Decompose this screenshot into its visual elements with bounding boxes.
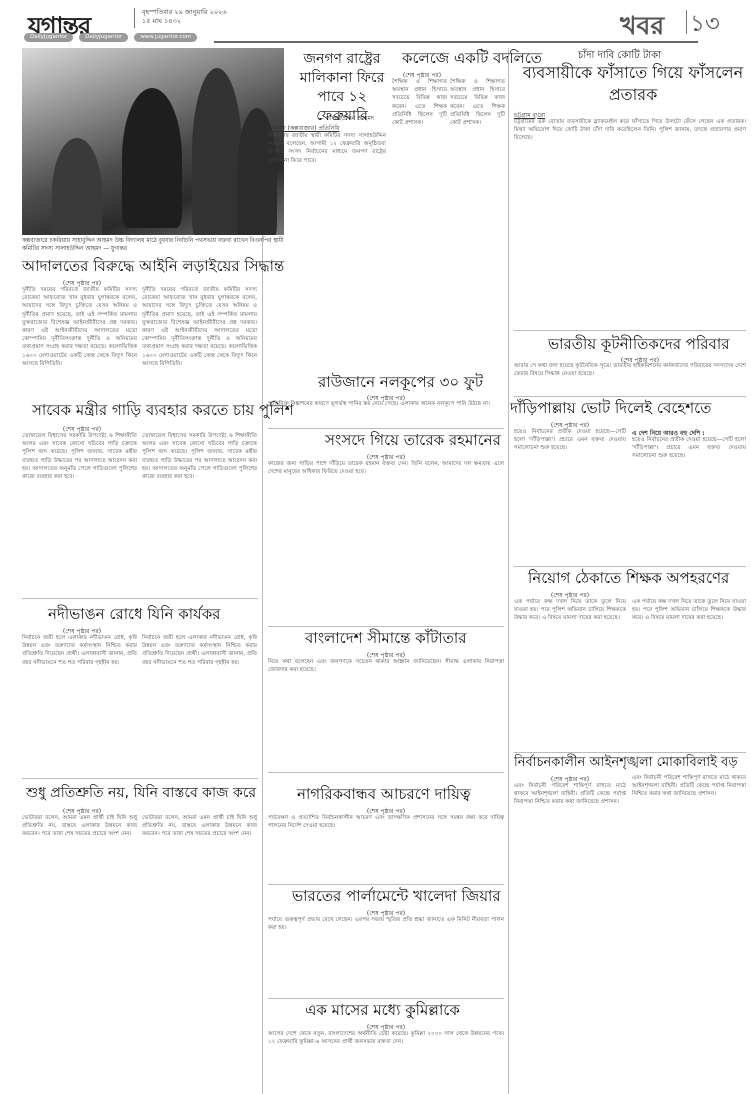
headline-shudhu[interactable]: শুধু প্রতিশ্রুতি নয়, যিনি বাস্তবে কাজ ক… bbox=[26, 786, 256, 801]
article-body: ভোটাররা বলেন, আমরা এমন প্রার্থী চাই যিনি… bbox=[22, 814, 137, 1084]
article-body: বিএনপির জাতীয় স্থায়ী কমিটির সদস্য সালা… bbox=[268, 132, 386, 372]
article-divider bbox=[514, 330, 746, 331]
article-body: ভোটাররা বলেন, আমরা এমন প্রার্থী চাই যিনি… bbox=[142, 814, 257, 1084]
article-body: নির্বাচনে জয়ী হলে এলাকার নদীভাঙন রোধ, ক… bbox=[142, 634, 257, 774]
social-links: DailyJugantor DailyJugantor www.jugantor… bbox=[24, 33, 197, 42]
article-divider bbox=[268, 428, 504, 429]
headline-raujan[interactable]: রাউজানে নলকূপের ৩০ ফুট bbox=[318, 374, 483, 391]
article-body: পর্যবেক্ষণ ও প্রত্যাশিত নির্বাচনকালীন আচ… bbox=[268, 814, 504, 880]
headline-mash[interactable]: এক মাসের মধ্যে কুমিল্লাকে bbox=[305, 1002, 460, 1019]
lead-photo bbox=[22, 48, 284, 235]
article-divider bbox=[268, 626, 504, 627]
article-body: আগের দেশে থেকে নতুন, বাংলাদেশের অর্থনীতি… bbox=[268, 1030, 504, 1090]
article-body: কাজের জন্য গাড়ির পাশে দাঁড়িয়ে তারেক র… bbox=[268, 460, 504, 622]
dateline: বৃহস্পতিবার ২৯ জানুয়ারি ২০২৬ ১৫ মাঘ ১৪৩… bbox=[142, 8, 227, 26]
article-body: এবং নির্বাচনী পরিবেশ শান্তিপূর্ণ রাখতে ম… bbox=[632, 774, 746, 1088]
headline-daripalla[interactable]: দাঁড়িপাল্লায় ভোট দিলেই বেহেশতে bbox=[510, 400, 711, 417]
article-body: তোফায়েল বিশ্বাসের সরকারি উপদেষ্টা ও শিক… bbox=[142, 432, 257, 592]
twitter-link[interactable]: DailyJugantor bbox=[24, 33, 73, 42]
article-divider bbox=[268, 772, 504, 773]
article-body: অতিরিক্ত নিষ্কাশনের কারণে ভূগর্ভস্থ পানি… bbox=[268, 400, 504, 426]
article-divider bbox=[268, 884, 504, 885]
website-link[interactable]: www.jugantor.com bbox=[134, 33, 197, 42]
article-divider bbox=[22, 598, 258, 599]
article-body: শৈক্ষিক ও শিক্ষাগত অবস্থান প্রধান হিসাবে… bbox=[392, 78, 447, 372]
article-body: দুর্নীতি দমনের পরিবর্তে জাতীয় কমিটির সদ… bbox=[142, 286, 257, 396]
date-bangla: ১৫ মাঘ ১৪৩২ bbox=[142, 17, 227, 26]
article-body: এক পর্যায়ে কক্ষ দখল নিয়ে তাকে তুলে নিয… bbox=[632, 598, 746, 748]
article-body: এবং নির্বাচনী পরিবেশ শান্তিপূর্ণ রাখতে ম… bbox=[514, 782, 626, 1088]
article-body: আবার সে কথা বলা হয়েছে কূটনৈতিক সূত্রে। … bbox=[514, 362, 746, 392]
article-divider bbox=[514, 566, 746, 567]
article-divider bbox=[514, 396, 746, 397]
section-divider bbox=[686, 10, 687, 34]
date-gregorian: বৃহস্পতিবার ২৯ জানুয়ারি ২০২৬ bbox=[142, 8, 227, 17]
headline-byabsayi[interactable]: ব্যবসায়ীকে ফাঁসাতে গিয়ে ফাঁসলেন প্রতার… bbox=[520, 62, 746, 106]
headline-bharot[interactable]: ভারতের পার্লামেন্টে খালেদা জিয়ার bbox=[292, 888, 501, 905]
article-body: হয়েও নির্বাচনের প্রতীক দেওয়া হয়েছে—সে… bbox=[514, 428, 626, 564]
article-divider bbox=[268, 998, 504, 999]
article-body: শৈক্ষিক ও শিক্ষাগত অবস্থান প্রধান হিসাবে… bbox=[450, 78, 505, 372]
headline-adalot[interactable]: আদালতের বিরুদ্ধে আইনি লড়াইয়ের সিদ্ধান্… bbox=[22, 258, 284, 275]
headline-kutnoitik[interactable]: ভারতীয় কূটনীতিকদের পরিবার bbox=[548, 336, 729, 353]
article-body: নির্বাচনে জয়ী হলে এলাকার নদীভাঙন রোধ, ক… bbox=[22, 634, 137, 774]
headline-niyog[interactable]: নিয়োগ ঠেকাতে শিক্ষক অপহরণের bbox=[528, 570, 729, 587]
headline-mantri[interactable]: সাবেক মন্ত্রীর গাড়ি ব্যবহার করতে চায় প… bbox=[32, 402, 294, 419]
headline-songsod[interactable]: সংসদে গিয়ে তারেক রহমানের bbox=[325, 432, 501, 449]
headline-ainshrinkhola[interactable]: নির্বাচনকালীন আইনশৃঙ্খলা মোকাবিলাই বড় bbox=[514, 756, 738, 770]
column-divider bbox=[508, 48, 509, 1094]
article-body: হয়েও নির্বাচনের প্রতীক দেওয়া হয়েছে—সে… bbox=[632, 436, 746, 564]
article-body: তোফায়েল বিশ্বাসের সরকারি উপদেষ্টা ও শিক… bbox=[22, 432, 137, 592]
article-body: এক পর্যায়ে কক্ষ দখল নিয়ে তাকে তুলে নিয… bbox=[514, 598, 626, 748]
article-divider bbox=[22, 778, 258, 779]
masthead: যুগান্তর বৃহস্পতিবার ২৯ জানুয়ারি ২০২৬ ১… bbox=[0, 0, 751, 48]
newspaper-logo: যুগান্তর bbox=[28, 8, 90, 48]
section-title: খবর bbox=[620, 6, 664, 49]
article-divider bbox=[514, 752, 746, 753]
headline-nodi[interactable]: নদীভাঙন রোধে যিনি কার্যকর bbox=[48, 606, 220, 623]
headline-nagorik[interactable]: নাগরিকবান্ধব আচরণে দায়িত্ব bbox=[297, 786, 471, 803]
page-number: ১৩ bbox=[690, 5, 720, 44]
logo-divider bbox=[134, 8, 135, 28]
article-body: পর্যায়ে গুরুত্বপূর্ণ প্রভাব রেখে গেছেন।… bbox=[268, 916, 504, 996]
headline-simante[interactable]: বাংলাদেশ সীমান্তে কাঁটাতার bbox=[305, 630, 466, 647]
photo-caption: কক্সবাজারে চকরিয়ায় সাহাবুদ্দিন আহমদ উচ… bbox=[22, 237, 284, 253]
article-body: চট্টগ্রামের এক বোতাম ব্যবসায়ীকে ব্ল্যাক… bbox=[514, 118, 746, 328]
article-body: নিয়ে কথা বলেছেন এবং জনগণকে সচেতন থাকার … bbox=[268, 658, 504, 770]
facebook-link[interactable]: DailyJugantor bbox=[79, 33, 128, 42]
article-body: দুর্নীতি দমনের পরিবর্তে জাতীয় কমিটির সদ… bbox=[22, 286, 137, 396]
